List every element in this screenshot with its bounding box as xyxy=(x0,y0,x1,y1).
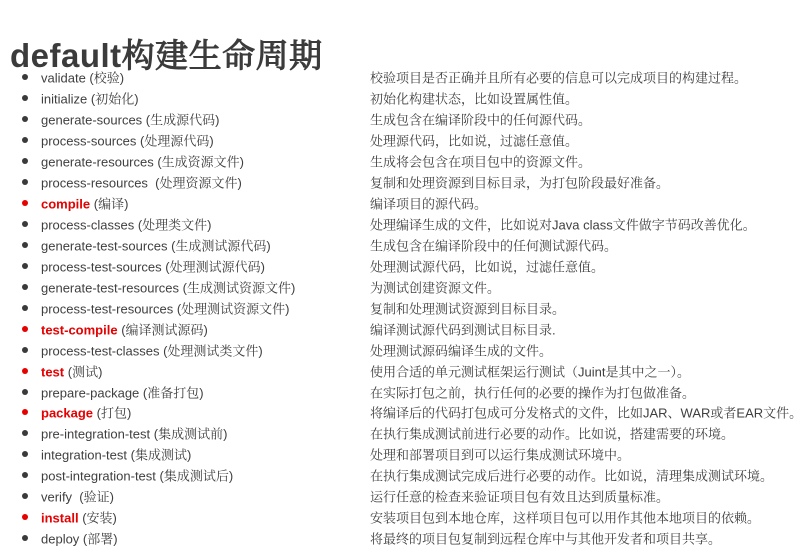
phase-description: 初始化构建状态，比如设置属性值。 xyxy=(370,89,578,108)
phase-description: 生成包含在编译阶段中的任何源代码。 xyxy=(370,110,591,129)
phase-row: process-test-sources (处理测试源代码) 处理测试源代码，比… xyxy=(0,255,805,276)
phase-name: process-classes xyxy=(41,218,134,233)
bullet-icon xyxy=(22,137,28,143)
phase-row: package (打包) 将编译后的代码打包成可分发格式的文件，比如JAR、WA… xyxy=(0,402,805,423)
phase-name: validate xyxy=(41,71,86,86)
phase-description: 运行任意的检查来验证项目包有效且达到质量标准。 xyxy=(370,487,669,506)
bullet-icon xyxy=(22,472,28,478)
phase-row: compile (编译) 编译项目的源代码。 xyxy=(0,193,805,214)
phase-chinese-name: (处理源代码) xyxy=(136,134,213,149)
phase-chinese-name: (处理测试源代码) xyxy=(162,259,265,274)
phase-name: test-compile xyxy=(41,322,118,337)
bullet-icon xyxy=(22,451,28,457)
phase-label: test-compile (编译测试源码) xyxy=(41,319,208,338)
phase-name: generate-resources xyxy=(41,155,154,170)
bullet-icon xyxy=(22,368,28,374)
phase-label: process-test-resources (处理测试资源文件) xyxy=(41,298,290,317)
phase-chinese-name: (初始化) xyxy=(87,92,138,107)
phase-label: process-test-sources (处理测试源代码) xyxy=(41,256,265,275)
phase-chinese-name: (打包) xyxy=(93,406,131,421)
phase-label: validate (校验) xyxy=(41,68,124,87)
phase-chinese-name: (编译测试源码) xyxy=(118,322,208,337)
phase-description: 生成包含在编译阶段中的任何测试源代码。 xyxy=(370,235,617,254)
phase-description: 安装项目包到本地仓库，这样项目包可以用作其他本地项目的依赖。 xyxy=(370,508,760,527)
phase-description: 将编译后的代码打包成可分发格式的文件，比如JAR、WAR或者EAR文件。 xyxy=(370,403,802,422)
phase-description: 编译项目的源代码。 xyxy=(370,194,487,213)
phase-row: generate-test-sources (生成测试源代码) 生成包含在编译阶… xyxy=(0,235,805,256)
phase-name: verify xyxy=(41,490,72,505)
phase-name: prepare-package xyxy=(41,385,139,400)
bullet-icon xyxy=(22,74,28,80)
phase-name: generate-test-sources xyxy=(41,238,167,253)
phase-description: 处理测试源码编译生成的文件。 xyxy=(370,340,552,359)
phase-row: generate-resources (生成资源文件) 生成将会包含在项目包中的… xyxy=(0,151,805,172)
phase-row: test-compile (编译测试源码) 编译测试源代码到测试目标目录. xyxy=(0,318,805,339)
bullet-icon xyxy=(22,389,28,395)
phase-row: test (测试) 使用合适的单元测试框架运行测试（Juint是其中之一）。 xyxy=(0,360,805,381)
phase-chinese-name: (准备打包) xyxy=(139,385,203,400)
phase-label: post-integration-test (集成测试后) xyxy=(41,466,233,485)
phase-row: integration-test (集成测试) 处理和部署项目到可以运行集成测试… xyxy=(0,444,805,465)
phase-label: generate-sources (生成源代码) xyxy=(41,110,219,129)
phase-row: prepare-package (准备打包) 在实际打包之前，执行任何的必要的操… xyxy=(0,381,805,402)
phase-name: process-resources xyxy=(41,176,148,191)
phase-label: process-sources (处理源代码) xyxy=(41,131,214,150)
bullet-icon xyxy=(22,430,28,436)
bullet-icon xyxy=(22,514,28,520)
phase-description: 为测试创建资源文件。 xyxy=(370,277,500,296)
phase-label: integration-test (集成测试) xyxy=(41,445,191,464)
bullet-icon xyxy=(22,263,28,269)
phase-description: 处理和部署项目到可以运行集成测试环境中。 xyxy=(370,445,630,464)
phase-description: 在执行集成测试前进行必要的动作。比如说，搭建需要的环境。 xyxy=(370,424,734,443)
phase-chinese-name: (处理类文件) xyxy=(134,218,211,233)
phase-row: install (安装) 安装项目包到本地仓库，这样项目包可以用作其他本地项目的… xyxy=(0,507,805,528)
phase-name: pre-integration-test xyxy=(41,427,150,442)
phase-label: compile (编译) xyxy=(41,194,128,213)
phase-label: generate-test-resources (生成测试资源文件) xyxy=(41,277,295,296)
phase-label: prepare-package (准备打包) xyxy=(41,382,204,401)
bullet-icon xyxy=(22,221,28,227)
phase-name: package xyxy=(41,406,93,421)
phase-label: deploy (部署) xyxy=(41,529,118,548)
phase-row: verify (验证) 运行任意的检查来验证项目包有效且达到质量标准。 xyxy=(0,486,805,507)
phase-description: 在实际打包之前，执行任何的必要的操作为打包做准备。 xyxy=(370,382,695,401)
phase-row: process-test-classes (处理测试类文件) 处理测试源码编译生… xyxy=(0,339,805,360)
phase-chinese-name: (校验) xyxy=(86,71,124,86)
bullet-icon xyxy=(22,116,28,122)
phase-row: generate-sources (生成源代码) 生成包含在编译阶段中的任何源代… xyxy=(0,109,805,130)
phase-description: 复制和处理测试资源到目标目录。 xyxy=(370,298,565,317)
bullet-icon xyxy=(22,326,28,332)
phase-chinese-name: (部署) xyxy=(79,532,117,547)
phase-chinese-name: (处理测试类文件) xyxy=(159,343,262,358)
phase-description: 使用合适的单元测试框架运行测试（Juint是其中之一）。 xyxy=(370,361,690,380)
phase-label: initialize (初始化) xyxy=(41,89,139,108)
phase-row: post-integration-test (集成测试后) 在执行集成测试完成后… xyxy=(0,465,805,486)
phase-label: verify (验证) xyxy=(41,487,114,506)
phase-label: package (打包) xyxy=(41,403,131,422)
phase-description: 将最终的项目包复制到远程仓库中与其他开发者和项目共享。 xyxy=(370,529,721,548)
bullet-icon xyxy=(22,535,28,541)
phase-chinese-name: (验证) xyxy=(72,490,114,505)
phase-chinese-name: (生成测试源代码) xyxy=(167,238,270,253)
phase-name: integration-test xyxy=(41,448,127,463)
phase-row: process-test-resources (处理测试资源文件) 复制和处理测… xyxy=(0,297,805,318)
bullet-icon xyxy=(22,409,28,415)
phase-description: 生成将会包含在项目包中的资源文件。 xyxy=(370,152,591,171)
phase-name: post-integration-test xyxy=(41,469,156,484)
bullet-icon xyxy=(22,95,28,101)
phase-row: pre-integration-test (集成测试前) 在执行集成测试前进行必… xyxy=(0,423,805,444)
phase-label: install (安装) xyxy=(41,508,117,527)
bullet-icon xyxy=(22,347,28,353)
phase-name: generate-test-resources xyxy=(41,280,179,295)
phase-name: deploy xyxy=(41,532,79,547)
bullet-icon xyxy=(22,493,28,499)
phase-row: deploy (部署) 将最终的项目包复制到远程仓库中与其他开发者和项目共享。 xyxy=(0,528,805,548)
phase-name: initialize xyxy=(41,92,87,107)
phase-chinese-name: (测试) xyxy=(64,364,102,379)
lifecycle-document-page: default构建生命周期 validate (校验) 校验项目是否正确并且所有… xyxy=(0,0,805,548)
bullet-icon xyxy=(22,305,28,311)
phase-row: process-classes (处理类文件) 处理编译生成的文件，比如说对Ja… xyxy=(0,214,805,235)
phase-chinese-name: (生成测试资源文件) xyxy=(179,280,295,295)
phase-name: compile xyxy=(41,197,90,212)
phase-description: 校验项目是否正确并且所有必要的信息可以完成项目的构建过程。 xyxy=(370,68,747,87)
phase-name: process-test-resources xyxy=(41,301,173,316)
phase-description: 复制和处理资源到目标目录，为打包阶段最好准备。 xyxy=(370,173,669,192)
phase-description: 处理源代码，比如说，过滤任意值。 xyxy=(370,131,578,150)
phase-row: process-sources (处理源代码) 处理源代码，比如说，过滤任意值。 xyxy=(0,130,805,151)
phase-label: process-resources (处理资源文件) xyxy=(41,173,242,192)
phase-name: process-test-classes xyxy=(41,343,159,358)
phase-label: process-classes (处理类文件) xyxy=(41,215,211,234)
phase-chinese-name: (集成测试后) xyxy=(156,469,233,484)
phase-chinese-name: (处理测试资源文件) xyxy=(173,301,289,316)
phase-description: 在执行集成测试完成后进行必要的动作。比如说，清理集成测试环境。 xyxy=(370,466,773,485)
phase-chinese-name: (集成测试) xyxy=(127,448,191,463)
phase-name: install xyxy=(41,511,79,526)
phase-label: test (测试) xyxy=(41,361,102,380)
phase-list: validate (校验) 校验项目是否正确并且所有必要的信息可以完成项目的构建… xyxy=(0,67,805,548)
phase-label: generate-test-sources (生成测试源代码) xyxy=(41,235,271,254)
phase-row: generate-test-resources (生成测试资源文件) 为测试创建… xyxy=(0,276,805,297)
phase-chinese-name: (生成源代码) xyxy=(142,113,219,128)
phase-chinese-name: (处理资源文件) xyxy=(148,176,242,191)
phase-chinese-name: (集成测试前) xyxy=(150,427,227,442)
bullet-icon xyxy=(22,158,28,164)
bullet-icon xyxy=(22,200,28,206)
phase-row: validate (校验) 校验项目是否正确并且所有必要的信息可以完成项目的构建… xyxy=(0,67,805,88)
phase-chinese-name: (生成资源文件) xyxy=(154,155,244,170)
phase-chinese-name: (安装) xyxy=(79,511,117,526)
bullet-icon xyxy=(22,179,28,185)
phase-description: 处理编译生成的文件，比如说对Java class文件做字节码改善优化。 xyxy=(370,215,756,234)
phase-label: pre-integration-test (集成测试前) xyxy=(41,424,227,443)
phase-description: 编译测试源代码到测试目标目录. xyxy=(370,319,556,338)
phase-name: process-sources xyxy=(41,134,136,149)
phase-description: 处理测试源代码，比如说，过滤任意值。 xyxy=(370,256,604,275)
phase-name: test xyxy=(41,364,64,379)
phase-row: initialize (初始化) 初始化构建状态，比如设置属性值。 xyxy=(0,88,805,109)
phase-label: generate-resources (生成资源文件) xyxy=(41,152,244,171)
phase-row: process-resources (处理资源文件) 复制和处理资源到目标目录，… xyxy=(0,172,805,193)
phase-name: process-test-sources xyxy=(41,259,162,274)
bullet-icon xyxy=(22,284,28,290)
bullet-icon xyxy=(22,242,28,248)
phase-name: generate-sources xyxy=(41,113,142,128)
phase-chinese-name: (编译) xyxy=(90,197,128,212)
phase-label: process-test-classes (处理测试类文件) xyxy=(41,340,263,359)
